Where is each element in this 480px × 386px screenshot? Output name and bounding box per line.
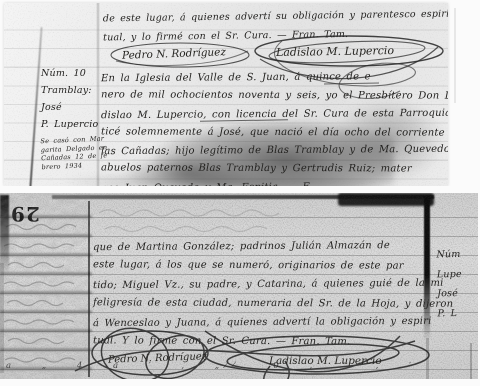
margin-note-clipped: Núm Lupe José P. L: [436, 245, 478, 324]
margin-line: Lupe: [437, 264, 478, 284]
handwritten-line: nero de mil ochocientos noventa y seis, …: [101, 87, 448, 107]
margin-line: José: [41, 99, 99, 116]
margin-line: P. L: [437, 303, 478, 323]
handwritten-line: ticé solemnemente á José, que nació el d…: [101, 123, 448, 143]
handwritten-line: abuelos paternos Blas Tramblay y Gertrud…: [101, 160, 448, 180]
margin-line: Tramblay:: [41, 82, 99, 99]
handwritten-line: á Wenceslao y Juana, á quienes advertí l…: [93, 312, 429, 333]
panel-gap: [0, 186, 480, 193]
margin-line: Núm: [436, 245, 478, 265]
tally-pen-marks: a „ 4 a ′ ‚ „⁄⁄. 0 ‚ ′ ‚ ′: [6, 361, 468, 371]
scan-edge-shadow: [0, 263, 4, 373]
margin-note: Núm. 10 Tramblay: José P. Lupercio Se ca…: [41, 65, 99, 170]
page-number-upside-down: 29: [10, 202, 52, 229]
handwritten-line: feligresía de esta ciudad, numeraria del…: [93, 293, 429, 313]
handwritten-line: dislao M. Lupercio, con licencia del Sr.…: [101, 104, 448, 125]
scanned-register-page: Núm. 10 Tramblay: José P. Lupercio Se ca…: [0, 0, 480, 386]
marriage-annotation: Se casó con Mar garita Delgado en Cañada…: [40, 135, 99, 172]
baptism-record-text: En la Iglesia del Valle de S. Juan, á qu…: [101, 69, 448, 186]
bottom-record-scan: 29 que de Martina González; padrinos Jul…: [0, 193, 478, 379]
handwritten-line: que de Martina González; padrinos Julián…: [93, 236, 429, 257]
margin-line: P. Lupercio: [41, 116, 99, 133]
page-corner-shadow: [338, 193, 434, 206]
signature-name: Ladislao M. Lupercio: [276, 44, 394, 59]
scan-edge-line: [454, 8, 456, 103]
handwritten-line: tido; Miguel Vz., su padre, y Catarina, …: [93, 274, 429, 295]
handwritten-line: este lugar, á los que se numeró, origina…: [93, 255, 429, 275]
margin-rule-line: [88, 201, 90, 377]
handwritten-line: nos Juan Quevedo y Ma. Espitia. — F.: [101, 178, 448, 186]
handwritten-line: En la Iglesia del Valle de S. Juan, á qu…: [101, 68, 448, 89]
signature-pedro-rodriguez: Pedro N. Rodríguez: [108, 41, 258, 69]
baptism-record-text: que de Martina González; padrinos Julián…: [93, 237, 429, 351]
record-number: Núm. 10: [41, 65, 99, 82]
top-record-scan: Núm. 10 Tramblay: José P. Lupercio Se ca…: [4, 3, 448, 186]
margin-edge-line: [470, 343, 472, 379]
margin-line: José: [437, 284, 478, 304]
